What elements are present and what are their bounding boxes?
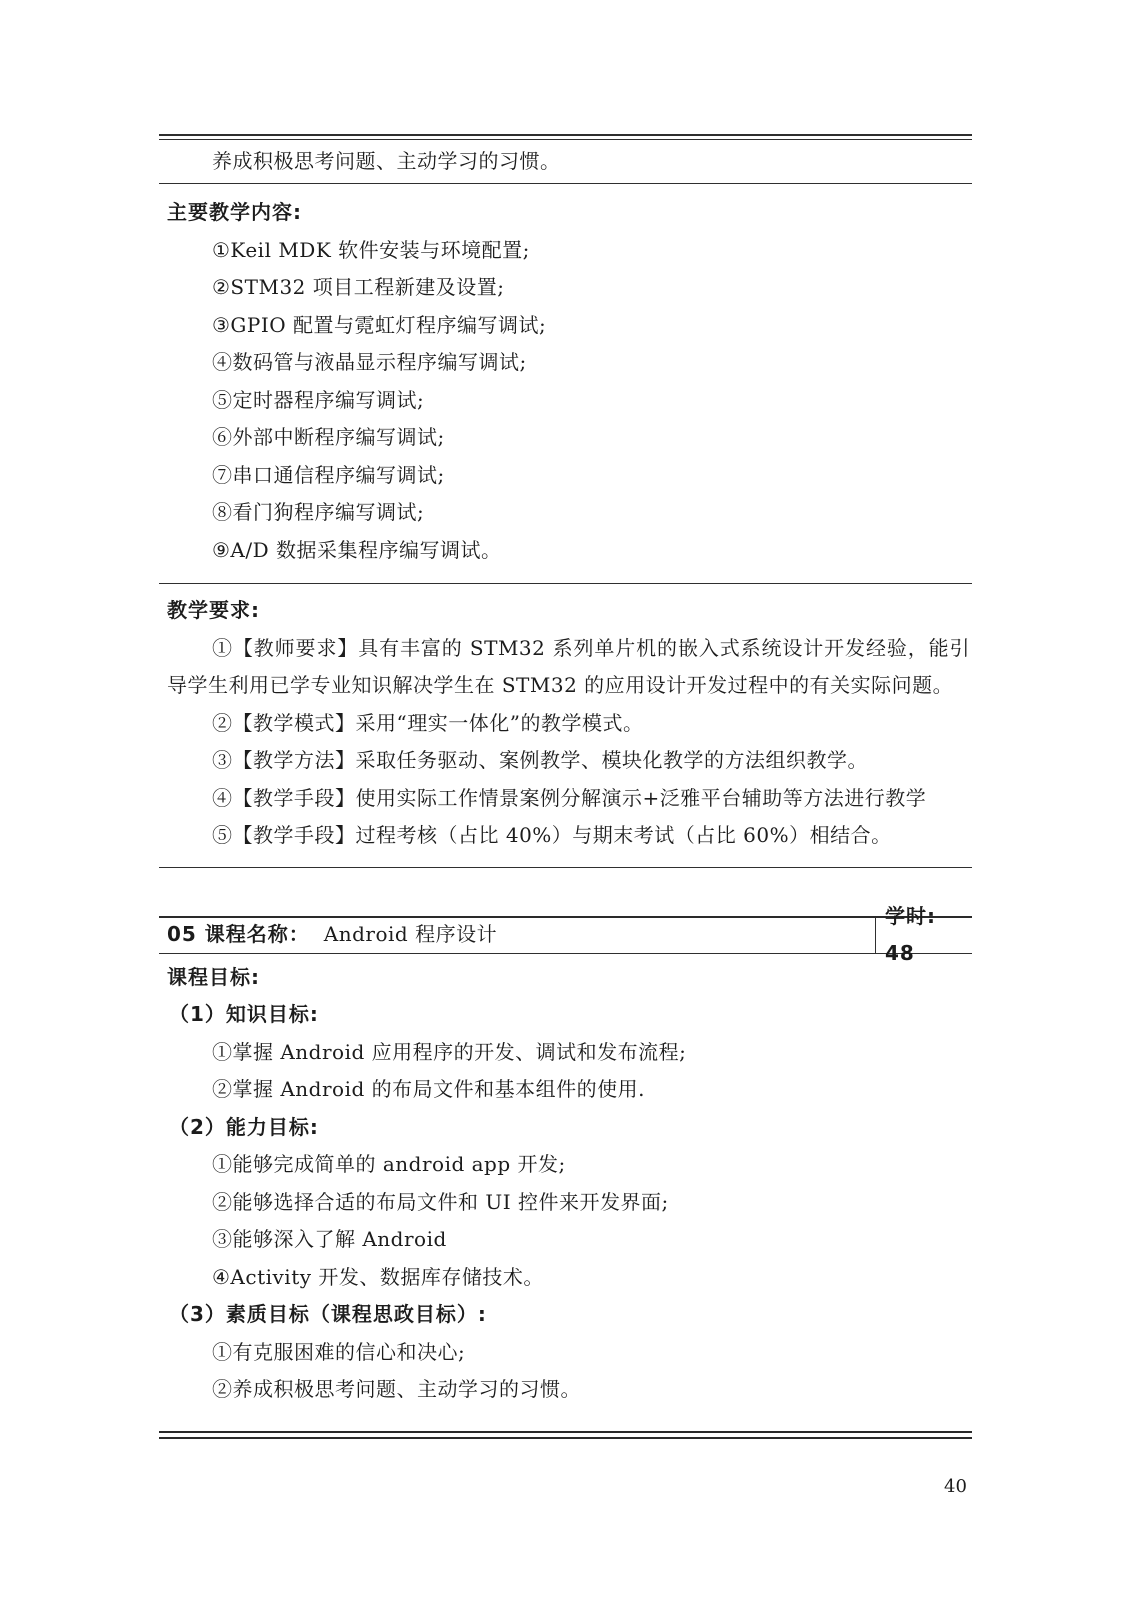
course-name: Android 程序设计 — [324, 916, 497, 954]
course-objectives-heading: 课程目标: — [167, 959, 972, 997]
list-item: ⑤定时器程序编写调试; — [167, 382, 972, 420]
list-item: ④【教学手段】使用实际工作情景案例分解演示+泛雅平台辅助等方法进行教学 — [167, 780, 972, 818]
list-item: ⑥外部中断程序编写调试; — [167, 419, 972, 457]
list-item: ④Activity 开发、数据库存储技术。 — [167, 1259, 972, 1297]
list-item: ②STM32 项目工程新建及设置; — [167, 269, 972, 307]
course-hours: 学时: 48 — [885, 898, 972, 973]
list-item: ①有克服困难的信心和决心; — [167, 1334, 972, 1372]
list-item: ①能够完成简单的 android app 开发; — [167, 1146, 972, 1184]
list-item: ④数码管与液晶显示程序编写调试; — [167, 344, 972, 382]
teaching-content-row: 主要教学内容: ①Keil MDK 软件安装与环境配置; ②STM32 项目工程… — [159, 184, 972, 584]
course-hours-cell: 学时: 48 — [875, 918, 972, 953]
carryover-row: 养成积极思考问题、主动学习的习惯。 — [159, 140, 972, 184]
page-number: 40 — [944, 1476, 967, 1497]
previous-course-table: 养成积极思考问题、主动学习的习惯。 主要教学内容: ①Keil MDK 软件安装… — [159, 134, 972, 868]
course-05-table: 05 课程名称： Android 程序设计 学时: 48 课程目标: （1）知识… — [159, 916, 972, 1439]
list-item: ⑦串口通信程序编写调试; — [167, 457, 972, 495]
list-item: ⑧看门狗程序编写调试; — [167, 494, 972, 532]
document-content: 养成积极思考问题、主动学习的习惯。 主要教学内容: ①Keil MDK 软件安装… — [159, 134, 972, 1439]
course-header-row: 05 课程名称： Android 程序设计 学时: 48 — [159, 918, 972, 954]
list-item: ②养成积极思考问题、主动学习的习惯。 — [167, 1371, 972, 1409]
list-item: ⑨A/D 数据采集程序编写调试。 — [167, 532, 972, 570]
list-item: ③【教学方法】采取任务驱动、案例教学、模块化教学的方法组织教学。 — [167, 742, 972, 780]
list-item: ①掌握 Android 应用程序的开发、调试和发布流程; — [167, 1034, 972, 1072]
list-item: ②能够选择合适的布局文件和 UI 控件来开发界面; — [167, 1184, 972, 1222]
quality-objectives-heading: （3）素质目标（课程思政目标）: — [167, 1296, 972, 1334]
list-item: ①Keil MDK 软件安装与环境配置; — [167, 232, 972, 270]
knowledge-objectives-heading: （1）知识目标: — [167, 996, 972, 1034]
list-item: ③能够深入了解 Android — [167, 1221, 972, 1259]
teaching-requirements-heading: 教学要求: — [167, 592, 972, 630]
course-objectives-row: 课程目标: （1）知识目标: ①掌握 Android 应用程序的开发、调试和发布… — [159, 954, 972, 1431]
list-item: ②掌握 Android 的布局文件和基本组件的使用. — [167, 1071, 972, 1109]
table-bottom-double-rule — [159, 1431, 972, 1439]
document-page: 养成积极思考问题、主动学习的习惯。 主要教学内容: ①Keil MDK 软件安装… — [0, 0, 1131, 1600]
teaching-requirements-row: 教学要求: ①【教师要求】具有丰富的 STM32 系列单片机的嵌入式系统设计开发… — [159, 584, 972, 868]
list-item: ③GPIO 配置与霓虹灯程序编写调试; — [167, 307, 972, 345]
ability-objectives-heading: （2）能力目标: — [167, 1109, 972, 1147]
course-name-cell: 05 课程名称： Android 程序设计 — [159, 918, 875, 953]
teaching-content-heading: 主要教学内容: — [167, 194, 972, 232]
list-item: ⑤【教学手段】过程考核（占比 40%）与期末考试（占比 60%）相结合。 — [167, 817, 972, 855]
teacher-requirement-paragraph: ①【教师要求】具有丰富的 STM32 系列单片机的嵌入式系统设计开发经验，能引导… — [167, 630, 972, 705]
carryover-text: 养成积极思考问题、主动学习的习惯。 — [167, 148, 972, 174]
course-number-label: 05 课程名称： — [167, 916, 310, 954]
list-item: ②【教学模式】采用“理实一体化”的教学模式。 — [167, 705, 972, 743]
